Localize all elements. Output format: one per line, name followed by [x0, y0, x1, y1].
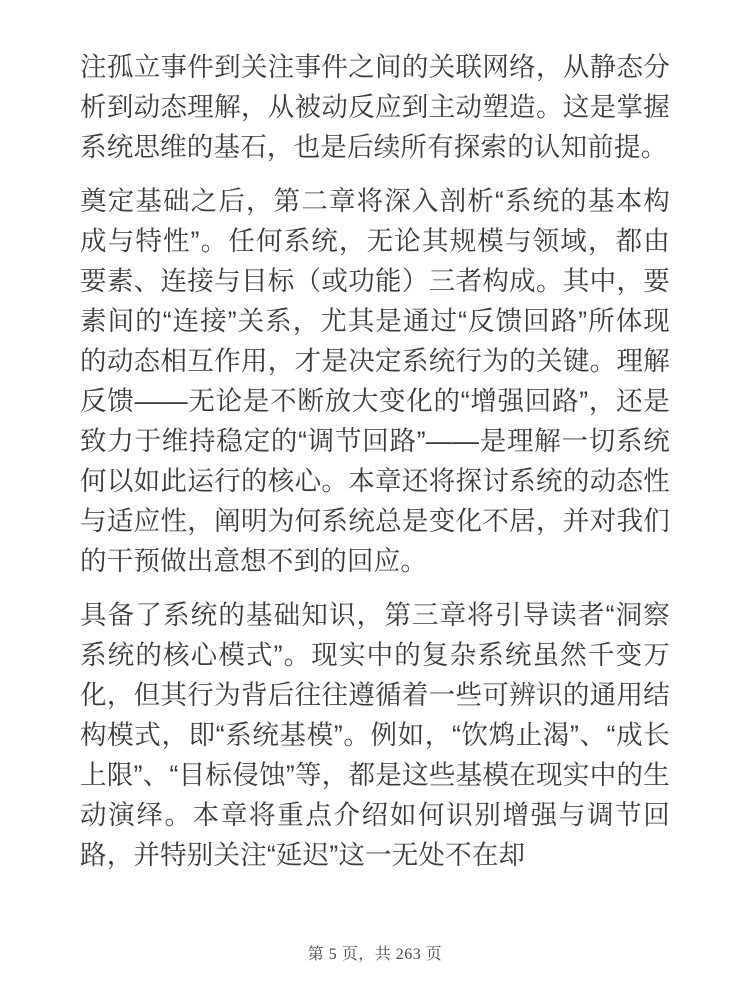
- page-indicator: 第 5 页，共 263 页: [308, 946, 443, 963]
- body-paragraph: 注孤立事件到关注事件之间的关联网络，从静态分析到动态理解，从被动反应到主动塑造。…: [80, 47, 670, 167]
- body-paragraph: 奠定基础之后，第二章将深入剖析“系统的基本构成与特性”。任何系统，无论其规模与领…: [80, 181, 670, 581]
- page-footer: 第 5 页，共 263 页: [0, 941, 750, 964]
- page-content: 注孤立事件到关注事件之间的关联网络，从静态分析到动态理解，从被动反应到主动塑造。…: [80, 47, 670, 875]
- document-page: 注孤立事件到关注事件之间的关联网络，从静态分析到动态理解，从被动反应到主动塑造。…: [0, 0, 750, 1000]
- body-paragraph: 具备了系统的基础知识，第三章将引导读者“洞察系统的核心模式”。现实中的复杂系统虽…: [80, 595, 670, 875]
